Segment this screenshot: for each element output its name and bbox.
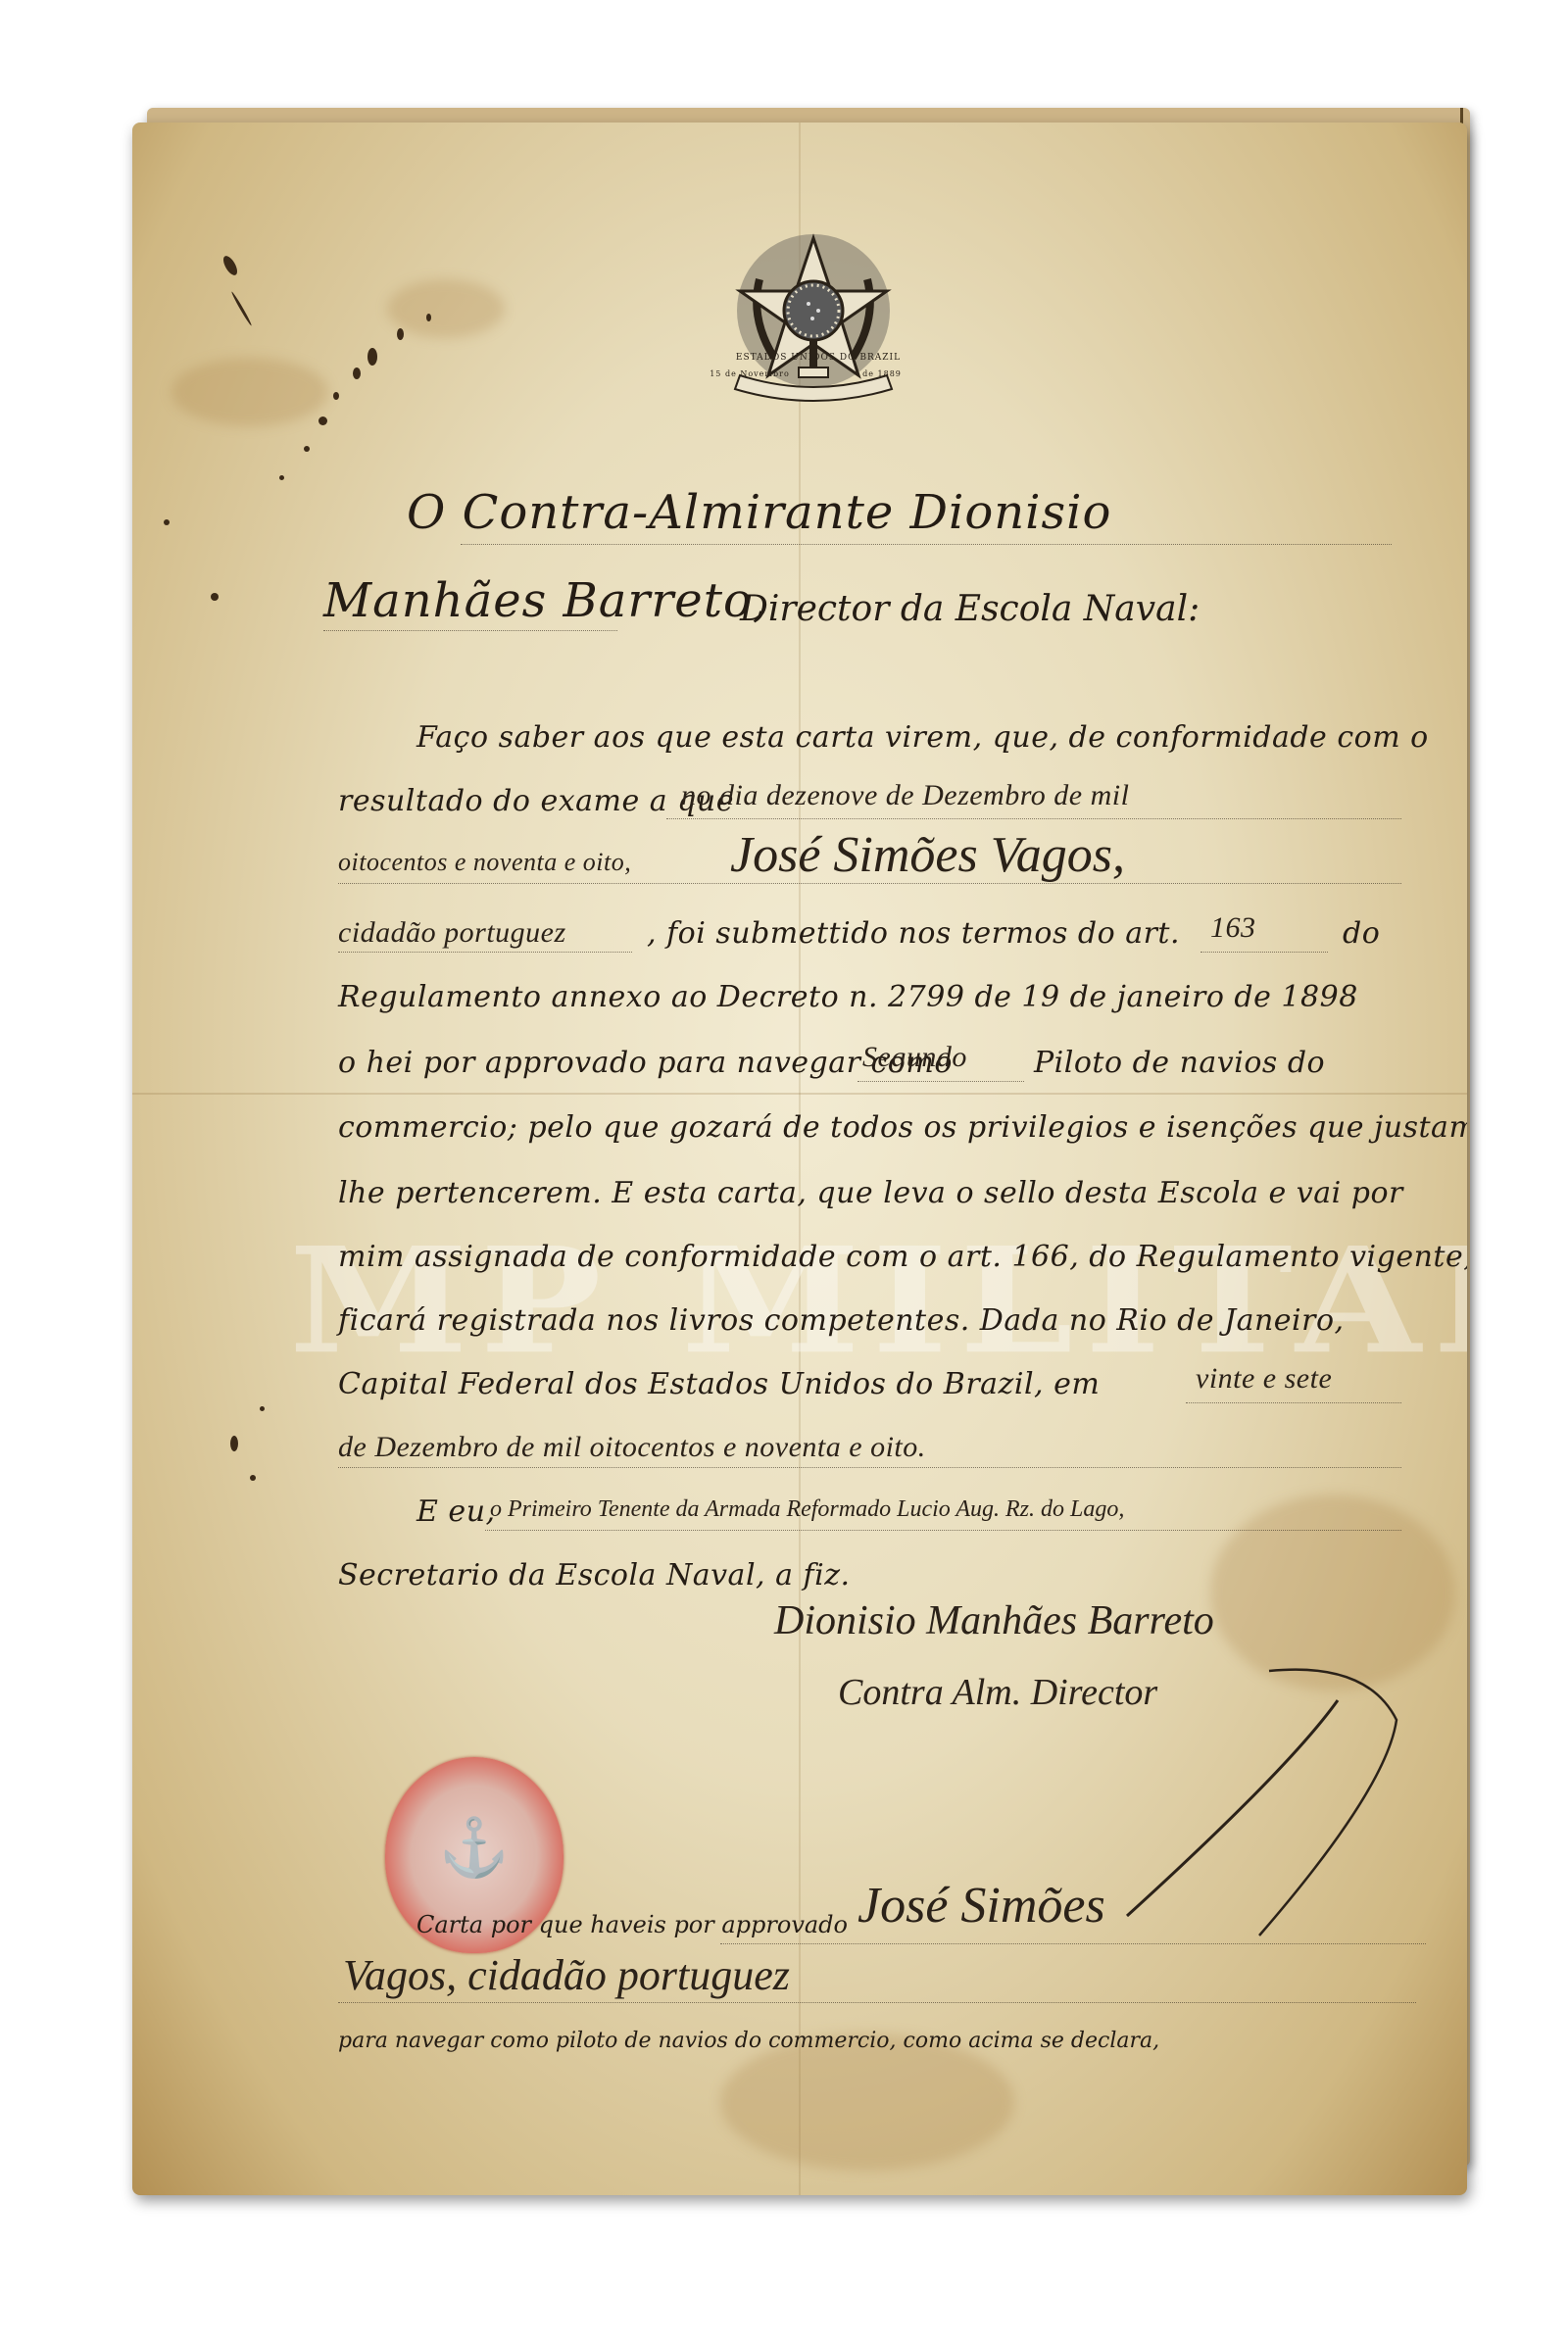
recipient-name: José Simões Vagos, [730, 826, 1125, 884]
ink-speck [230, 291, 253, 326]
ink-speck [318, 416, 327, 425]
ink-speck [426, 314, 431, 321]
fold-crease [799, 122, 801, 2195]
brazil-coat-of-arms-icon [720, 220, 906, 407]
date-filled: de Dezembro de mil oitocentos e noventa … [338, 1431, 926, 1464]
body-line-2-filled: no dia dezenove de Dezembro de mil [681, 779, 1129, 812]
ink-speck [211, 593, 219, 601]
body-line-8: lhe pertencerem. E esta carta, que leva … [338, 1176, 1403, 1210]
body-line-14: Secretario da Escola Naval, a fiz. [338, 1558, 851, 1592]
body-line-4-printed: , foi submettido nos termos do art. [647, 916, 1180, 951]
emblem-ribbon-text: ESTADOS UNIDOS DO BRAZIL [730, 353, 906, 363]
fill-rule [338, 952, 632, 953]
wax-seal-anchor-icon: ⚓ [385, 1814, 563, 1882]
fill-rule [338, 1467, 1401, 1468]
body-line-11-printed: Capital Federal dos Estados Unidos do Br… [338, 1367, 1100, 1401]
ink-speck [367, 348, 377, 366]
ink-speck [230, 1436, 238, 1451]
body-line-5: Regulamento annexo ao Decreto n. 2799 de… [338, 980, 1358, 1014]
fill-rule [857, 1081, 1024, 1082]
ink-speck [304, 446, 310, 452]
ink-speck [333, 392, 339, 400]
stain [171, 358, 328, 426]
stain [387, 279, 505, 338]
ink-speck [279, 475, 284, 480]
footer-name-1: José Simões [857, 1877, 1105, 1935]
fill-rule [461, 544, 1392, 545]
heading-name: Manhães Barreto, [323, 573, 768, 628]
fill-rule [720, 1943, 1426, 1944]
day-filled: vinte e sete [1196, 1362, 1332, 1396]
emblem-ribbon-date-right: de 1889 [838, 369, 926, 378]
heading-line-1: O Contra-Almirante Dionisio [407, 485, 1111, 540]
body-line-9: mim assignada de conformidade com o art.… [338, 1240, 1467, 1274]
stain [720, 2033, 1014, 2171]
ink-speck [250, 1475, 256, 1481]
emblem-ribbon-date-left: 15 de Novembro [696, 369, 804, 378]
ink-speck [353, 367, 361, 379]
rank-filled: Segundo [862, 1041, 967, 1074]
fill-rule [338, 883, 1401, 884]
heading-title: Director da Escola Naval: [740, 589, 1200, 629]
ink-speck [260, 1406, 265, 1411]
body-line-10: ficará registrada nos livros competentes… [338, 1303, 1345, 1338]
footer-closing: para navegar como piloto de navios do co… [338, 2029, 1159, 2053]
fill-rule [1186, 1402, 1401, 1403]
fill-rule [1200, 952, 1328, 953]
fill-rule [338, 2002, 1416, 2003]
body-line-4-tail: do [1343, 916, 1380, 951]
fill-rule [485, 1530, 1401, 1531]
signature-title: Contra Alm. Director [838, 1671, 1157, 1714]
fill-rule [323, 630, 617, 631]
body-line-1: Faço saber aos que esta carta virem, que… [416, 720, 1429, 755]
body-line-13-printed: E eu, [416, 1494, 496, 1529]
ink-speck [164, 519, 170, 525]
body-line-2-printed: resultado do exame a que [338, 784, 734, 818]
ink-speck [220, 254, 240, 277]
body-line-3-filled: oitocentos e noventa e oito, [338, 848, 631, 877]
fill-rule [666, 818, 1401, 819]
secretary-filled: o Primeiro Tenente da Armada Reformado L… [490, 1496, 1124, 1523]
article-number: 163 [1210, 911, 1256, 945]
ink-speck [397, 328, 404, 340]
footer-printed: Carta por que haveis por approvado [416, 1911, 848, 1938]
footer-name-2: Vagos, cidadão portuguez [343, 1950, 790, 2000]
body-line-6-tail: Piloto de navios do [1034, 1046, 1325, 1080]
body-line-6-printed: o hei por approvado para navegar como [338, 1046, 953, 1080]
signature-flourish [1112, 1592, 1465, 1945]
body-line-7: commercio; pelo que gozará de todos os p… [338, 1110, 1467, 1145]
nationality-filled: cidadão portuguez [338, 916, 566, 950]
certificate-paper: ESTADOS UNIDOS DO BRAZIL 15 de Novembro … [132, 122, 1467, 2195]
